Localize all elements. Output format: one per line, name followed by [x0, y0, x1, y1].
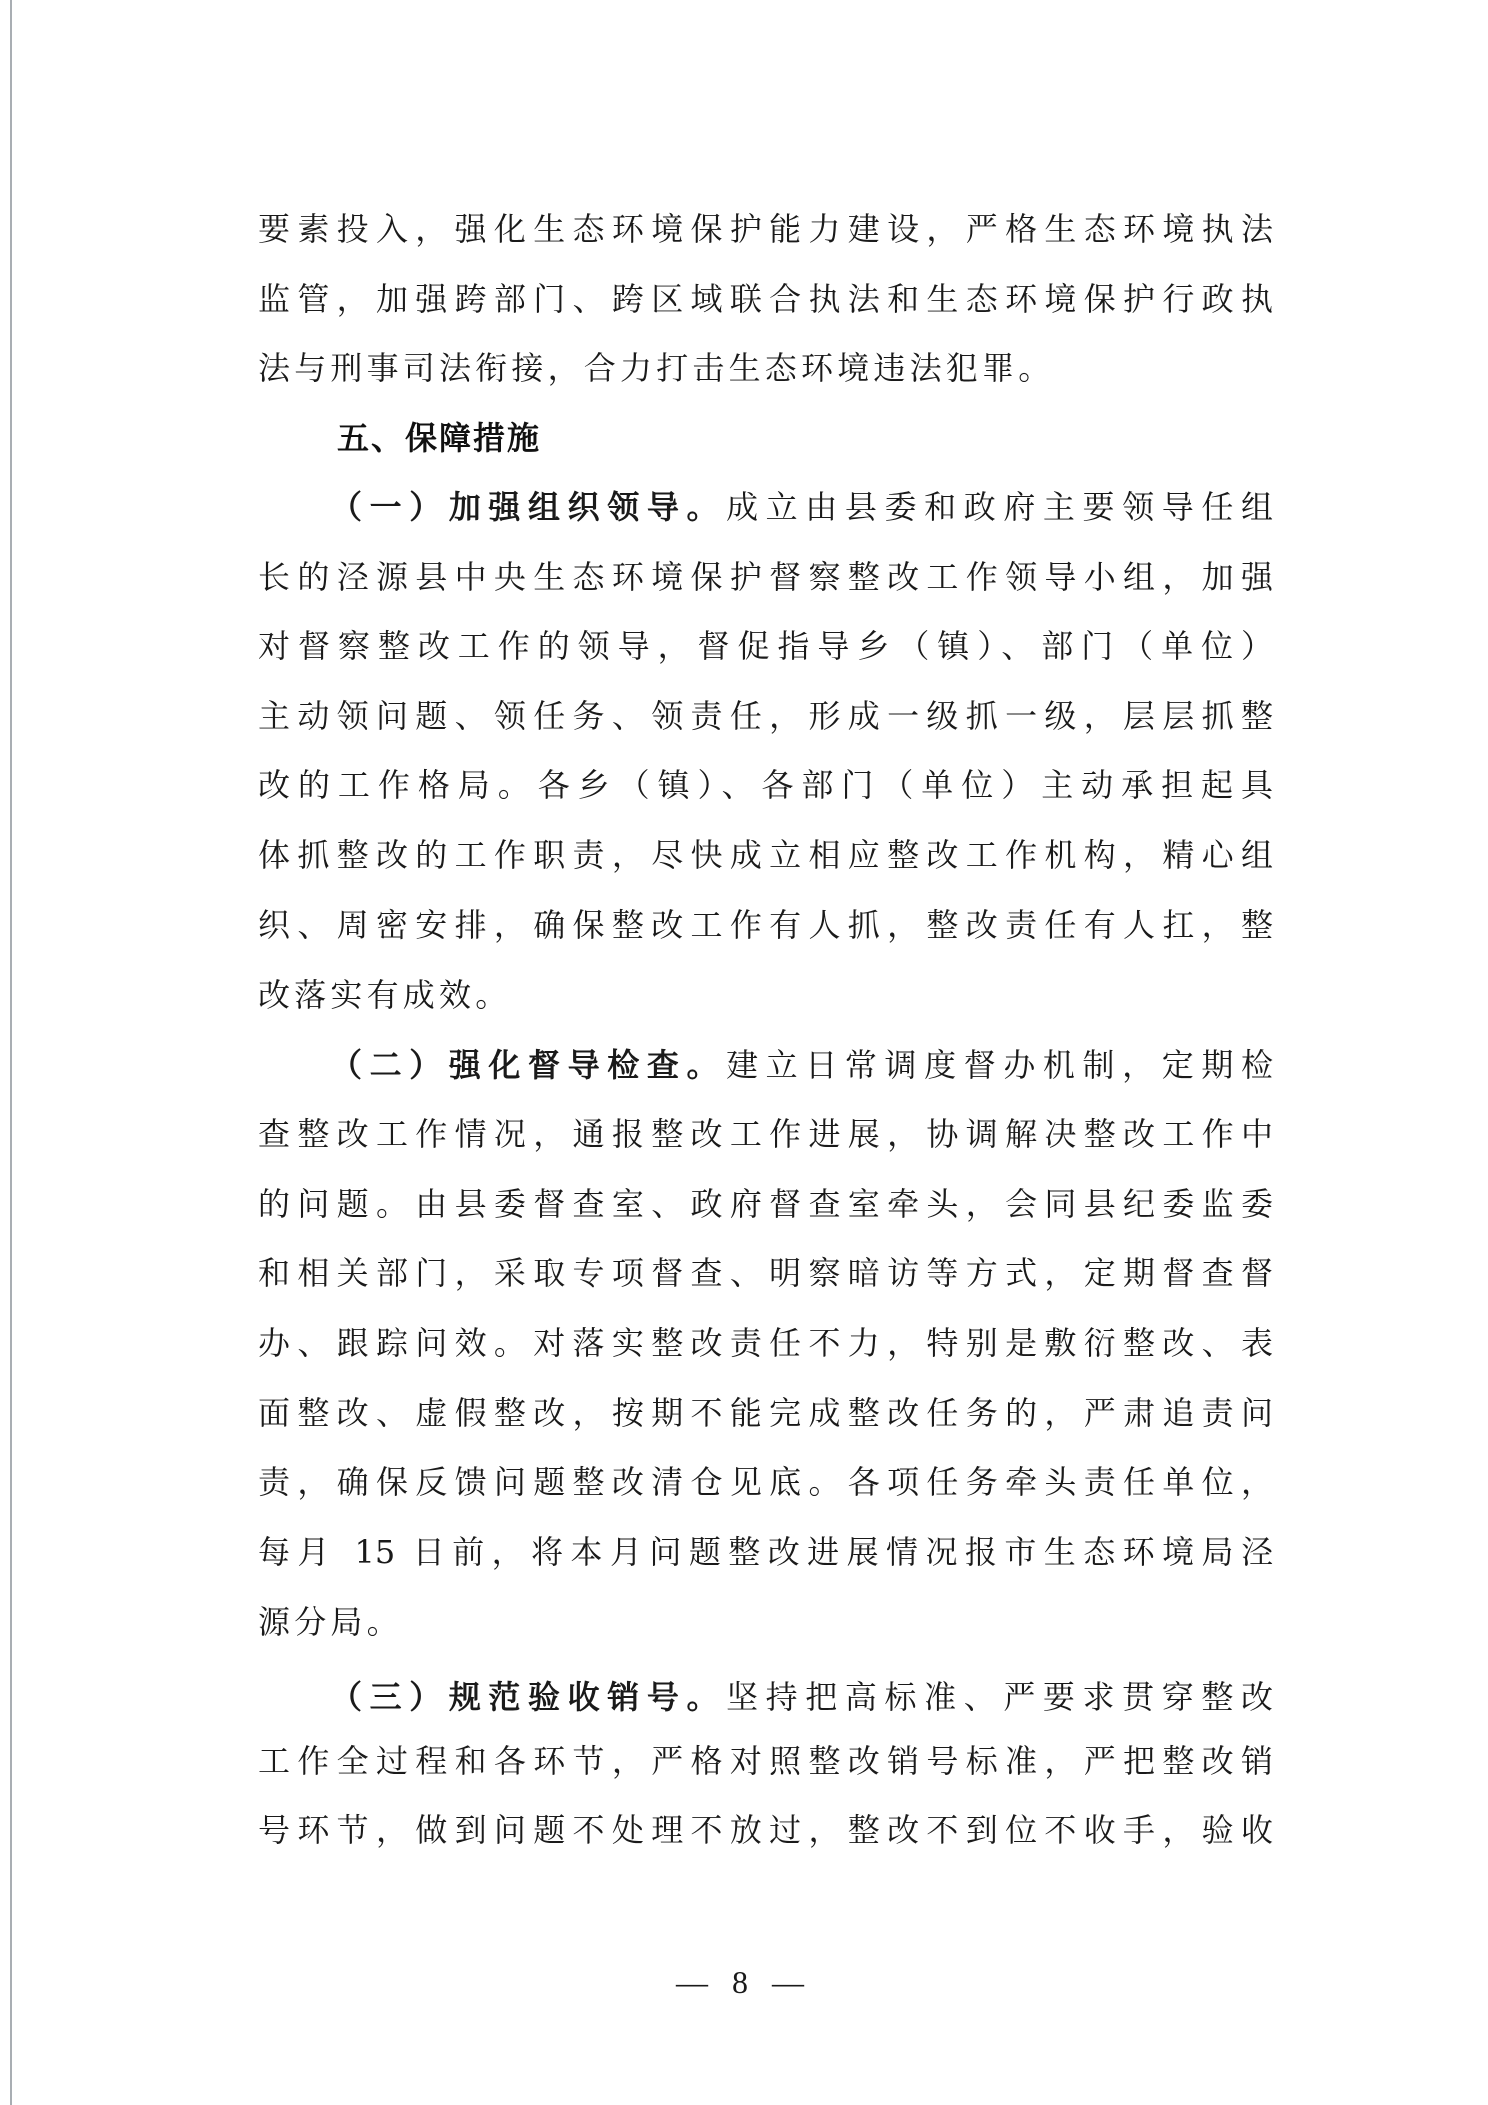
section-heading: 五、保障措施 [337, 403, 541, 473]
text-line: 查整改工作情况，通报整改工作进展，协调解决整改工作中 [258, 1099, 1273, 1169]
subsection-first-line: （二）强化督导检查。建立日常调度督办机制，定期检 [330, 1030, 1273, 1100]
document-page: 要素投入，强化生态环境保护能力建设，严格生态环境执法 监管，加强跨部门、跨区域联… [0, 0, 1488, 2105]
text-line: 改的工作格局。各乡（镇）、各部门（单位）主动承担起具 [258, 750, 1273, 820]
text-line: 源分局。 [258, 1587, 1273, 1657]
subsection-first-line: （一）加强组织领导。成立由县委和政府主要领导任组 [330, 472, 1273, 542]
text-line: 面整改、虚假整改，按期不能完成整改任务的，严肃追责问 [258, 1378, 1273, 1448]
subsection-text: 成立由县委和政府主要领导任组 [726, 488, 1273, 526]
text-line: 工作全过程和各环节，严格对照整改销号标准，严把整改销 [258, 1726, 1273, 1796]
subsection-text: 坚持把高标准、严要求贯穿整改 [726, 1678, 1273, 1716]
subsection-title: （二）强化督导检查。 [330, 1046, 726, 1084]
text-line: 的问题。由县委督查室、政府督查室牵头，会同县纪委监委 [258, 1169, 1273, 1239]
subsection-title: （一）加强组织领导。 [330, 488, 726, 526]
text-line: 要素投入，强化生态环境保护能力建设，严格生态环境执法 [258, 194, 1273, 264]
text-line: 法与刑事司法衔接，合力打击生态环境违法犯罪。 [258, 333, 1273, 403]
page-number: — 8 — [0, 1960, 1488, 2004]
text-line: 办、跟踪问效。对落实整改责任不力，特别是敷衍整改、表 [258, 1308, 1273, 1378]
subsection-title: （三）规范验收销号。 [330, 1678, 726, 1716]
text-line: 对督察整改工作的领导，督促指导乡（镇）、部门（单位） [258, 611, 1273, 681]
text-line: 改落实有成效。 [258, 960, 1273, 1030]
text-line: 和相关部门，采取专项督查、明察暗访等方式，定期督查督 [258, 1238, 1273, 1308]
text-line: 每月 15 日前，将本月问题整改进展情况报市生态环境局泾 [258, 1517, 1273, 1587]
text-line: 号环节，做到问题不处理不放过，整改不到位不收手，验收 [258, 1795, 1273, 1865]
text-line: 责，确保反馈问题整改清仓见底。各项任务牵头责任单位， [258, 1447, 1273, 1517]
text-line: 织、周密安排，确保整改工作有人抓，整改责任有人扛，整 [258, 890, 1273, 960]
subsection-first-line: （三）规范验收销号。坚持把高标准、严要求贯穿整改 [330, 1662, 1273, 1732]
text-line: 主动领问题、领任务、领责任，形成一级抓一级，层层抓整 [258, 681, 1273, 751]
text-line: 体抓整改的工作职责，尽快成立相应整改工作机构，精心组 [258, 820, 1273, 890]
text-line: 监管，加强跨部门、跨区域联合执法和生态环境保护行政执 [258, 264, 1273, 334]
text-line: 长的泾源县中央生态环境保护督察整改工作领导小组，加强 [258, 542, 1273, 612]
subsection-text: 建立日常调度督办机制，定期检 [726, 1046, 1273, 1084]
